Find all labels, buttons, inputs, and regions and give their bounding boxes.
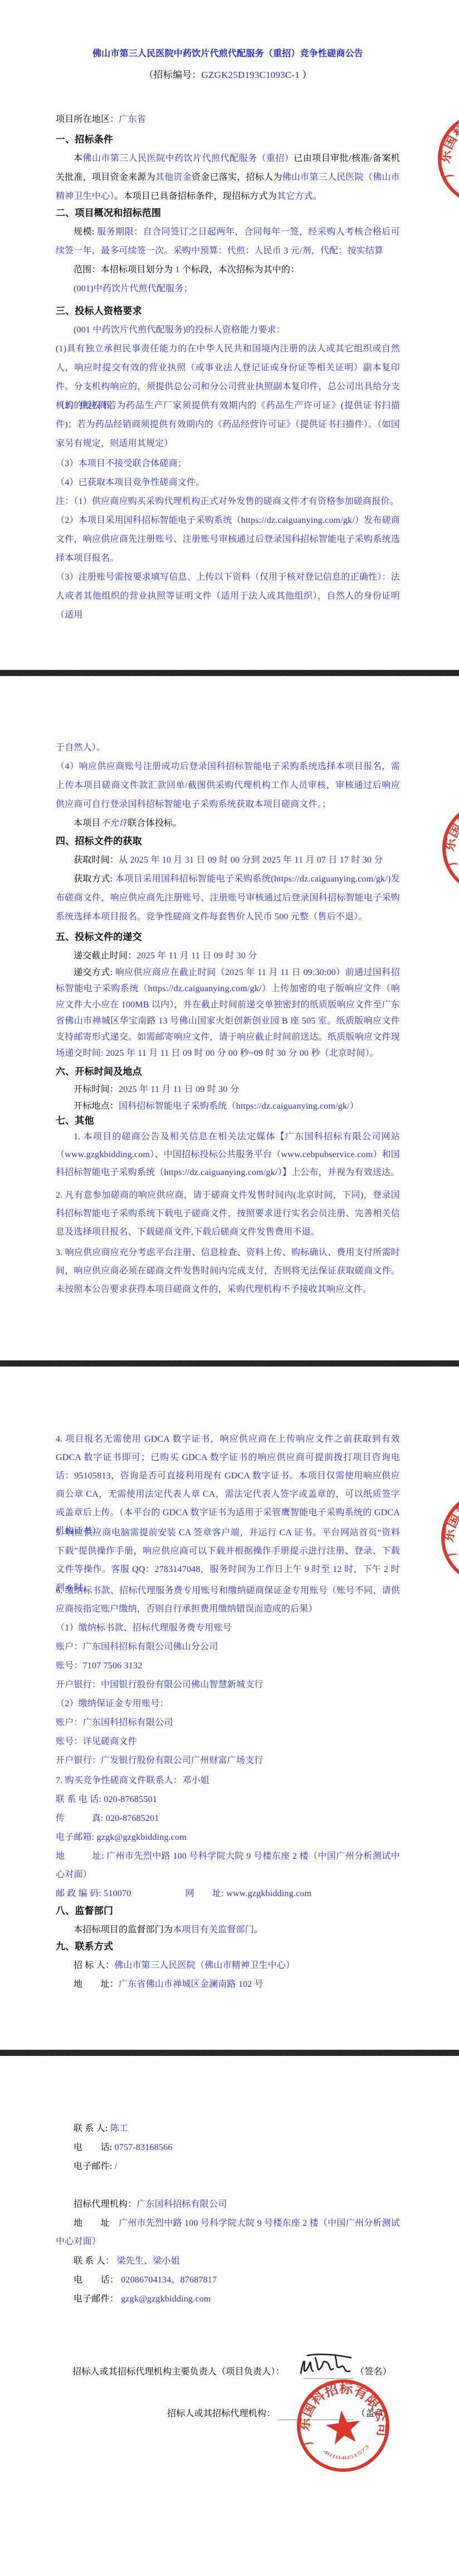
text-segment: (001 中药饮片代煎代配服务)的投标人资格能力要求： xyxy=(74,325,285,335)
text-segment: 广东省 xyxy=(119,115,146,124)
text-segment: 服务期限：自合同签订之日起两年，合同每年一签，经采购人考核合格后可续签一年，最多… xyxy=(56,227,400,256)
text-segment: 电子邮件: xyxy=(74,2162,115,2171)
announcement-document-page: 佛山市第三人民医院中药饮片代煎代配服务（重招）竞争性磋商公告（招标编号：GZGK… xyxy=(0,0,459,2576)
text-segment: 电子邮箱: gzgk@gzgkbidding.com xyxy=(56,1833,187,1842)
text-segment: 账户：广东国科招标有限公司佛山分公司 xyxy=(56,1642,218,1652)
text-segment: 1. 本项目的磋商公告及相关信息在相关法定媒体【广东国科招标有限公司网站（www… xyxy=(56,1132,400,1177)
text-segment: 二、项目概况和招标范围 xyxy=(56,208,161,218)
text-segment: 7. 购买竞争性磋商文件联系人：邓小姐 xyxy=(56,1776,209,1785)
svg-text:广东国科招标有限公司: 广东国科招标有限公司 xyxy=(433,110,459,180)
paragraph: 邮 政 编 码: 510070 网 址: www.gzgkbidding.com xyxy=(56,1884,400,1903)
signature-underline xyxy=(304,2378,354,2379)
paragraph: 范围：本招标项目划分为 1 个标段，本次招标为其中的： xyxy=(56,261,400,280)
page-break-bar xyxy=(0,1360,459,1367)
section-4-heading: 四、招标文件的获取 xyxy=(56,832,400,851)
text-segment: 联 系 人: xyxy=(74,2124,110,2133)
text-segment: 佛山市第三人民医院中药饮片代煎代配服务（重招） xyxy=(82,154,294,163)
paragraph: 账户：广东国科招标有限公司 xyxy=(56,1713,400,1732)
paragraph: 开标时间：2025 年 11 月 11 日 09 时 30 分 xyxy=(56,1080,400,1099)
signature-line-label: 招标人或其招标代理机构主要负责人（项目负责人）： xyxy=(72,2363,334,2382)
text-segment: 邮 政 编 码: 510070 xyxy=(56,1889,131,1898)
paragraph: 本佛山市第三人民医院中药饮片代煎代配服务（重招）已由项目审批/核准/备案机关批准… xyxy=(56,149,400,206)
text-segment: 注：（1）供应商应购买采购代理机构正式对外发售的磋商文件才有资格参加磋商报价。 xyxy=(56,497,399,506)
text-segment: 02086704134、87687817 xyxy=(121,2275,217,2285)
company-seal-stamp: 广东国科招标有限公司4401040515734 xyxy=(436,1486,459,1590)
paragraph: (001)中药饮片代煎代配服务； xyxy=(56,280,400,298)
text-segment: 传 真: 020-87685201 xyxy=(56,1814,159,1823)
text-segment: 个标段，本次招标为其中的： xyxy=(180,265,300,275)
paragraph: （2）缴纳保证金专用账号： xyxy=(56,1695,400,1713)
paragraph: 3. 响应供应商应充分考虑平台注册、信息检查、资料上传、购标确认、费用支付所需时… xyxy=(56,1243,400,1299)
company-seal-stamp: 广东国科招标有限公司4401040515734 xyxy=(431,106,459,211)
paragraph: 6. 缴纳标书款、招标代理服务费专用账号和缴纳磋商保证金专用账号（账号不同，请供… xyxy=(56,1581,400,1618)
section-9-heading: 九、联系方式 xyxy=(56,1937,400,1956)
text-segment: 递交截止时间： xyxy=(74,951,136,961)
paragraph: （4）已获取本项目竞争性磋商文件。 xyxy=(56,473,400,492)
section-6-heading: 六、开标时间及地点 xyxy=(56,1062,400,1081)
paragraph: 电 话： 02086704134、87687817 xyxy=(56,2271,400,2290)
text-segment: 联 系 电 话: 020-87685501 xyxy=(56,1795,157,1804)
text-segment: ） xyxy=(300,70,312,80)
page-break-bar xyxy=(0,2050,459,2056)
text-segment: 本招标项目的监督部门为 xyxy=(74,1925,173,1935)
page-break-bar xyxy=(0,670,459,676)
paragraph: 注：（1）供应商应购买采购代理机构正式对外发售的磋商文件才有资格参加磋商报价。 xyxy=(56,492,400,511)
text-segment: 项目所在地区： xyxy=(56,115,119,124)
text-segment: 广东省佛山市禅城区金澜南路 102 号 xyxy=(119,1980,263,1989)
paragraph: (001 中药饮片代煎代配服务)的投标人资格能力要求： xyxy=(56,321,400,340)
text-segment: （招标编号： xyxy=(144,70,201,80)
company-seal-stamp: 广东国科招标有限公司4401040515734 xyxy=(437,797,459,899)
signature-line-suffix: （签名） xyxy=(355,2363,422,2382)
text-segment: 。 xyxy=(313,192,322,201)
text-segment: （签名） xyxy=(355,2367,392,2377)
section-1-heading: 一、招标条件 xyxy=(56,130,400,149)
svg-text:4401040515734: 4401040515734 xyxy=(437,797,459,887)
paragraph: 账号：详见磋商文件 xyxy=(56,1732,400,1751)
svg-text:广东国科招标有限公司: 广东国科招标有限公司 xyxy=(439,800,459,868)
paragraph: 电子邮件： gzgk@gzgkbidding.com xyxy=(56,2290,400,2309)
doc-subtitle: （招标编号：GZGK25D193C1093C-1 ） xyxy=(56,66,400,85)
svg-text:广东国科招标有限公司: 广东国科招标有限公司 xyxy=(437,1490,459,1559)
text-segment: 账户：广东国科招标有限公司 xyxy=(56,1718,173,1727)
paragraph: 账号：7107 7506 3132 xyxy=(56,1657,400,1676)
paragraph: （2）供应商若为药品生产厂家须提供有效期内的《药品生产许可证》(提供证书扫描件)… xyxy=(56,396,400,453)
text-segment: 电子邮件： xyxy=(74,2294,121,2304)
text-segment: 陈工 xyxy=(110,2124,128,2133)
paragraph: 招 标 人：佛山市第三人民医院（佛山市精神卫生中心） xyxy=(56,1956,400,1975)
text-segment: 不允许 xyxy=(101,819,128,828)
paragraph: 获取时间：从 2025 年 10 月 31 日 09 时 00 分到 2025 … xyxy=(56,851,400,870)
text-segment: 3. 响应供应商应充分考虑平台注册、信息检查、资料上传、购标确认、费用支付所需时… xyxy=(56,1248,400,1294)
text-segment: 1 xyxy=(175,265,179,275)
text-segment: 其它方式 xyxy=(277,192,313,201)
text-segment: 开标时间： xyxy=(74,1085,119,1094)
section-3-heading: 三、投标人资格要求 xyxy=(56,302,400,321)
paragraph: 获取方式: 本项目采用国科招标智能电子采购系统(https://dz.caigu… xyxy=(56,870,400,927)
text-segment: 网 址: www.gzgkbidding.com xyxy=(185,1889,312,1898)
text-segment: 招 标 人： xyxy=(74,1961,114,1970)
text-segment: 本项目 xyxy=(74,819,101,828)
paragraph: 于自然人）。 xyxy=(56,738,400,757)
paragraph: （3）本项目不接受联合体磋商； xyxy=(56,454,400,473)
text-segment: 开户银行：中国银行股份有限公司佛山智慧新城支行 xyxy=(56,1680,263,1689)
paragraph: 开户银行：广发银行股份有限公司广州财富广场支行 xyxy=(56,1751,400,1770)
text-segment: （2）缴纳保证金专用账号： xyxy=(56,1699,169,1708)
seal-line-suffix: （盖章） xyxy=(357,2404,423,2423)
paragraph: 电 话: 0757-83168566 xyxy=(56,2138,400,2157)
text-segment: 地 址： xyxy=(74,1980,119,1989)
text-segment: （1）缴纳标书款、招标代理服务费专用账号 xyxy=(56,1623,232,1633)
text-segment: gzgk@gzgkbidding.com xyxy=(121,2294,211,2304)
text-segment: 九、联系方式 xyxy=(56,1941,113,1952)
text-segment: 佛山市第三人民医院中药饮片代煎代配服务（重招）竞争性磋商公告 xyxy=(92,49,363,58)
svg-text:4401040515734: 4401040515734 xyxy=(436,1486,459,1578)
text-segment: / xyxy=(115,2162,118,2171)
text-segment: 佛山市第三人民医院（佛山市精神卫生中心） xyxy=(114,1961,295,1970)
project-region: 项目所在地区：广东省 xyxy=(56,110,400,129)
text-segment: 账号：7107 7506 3132 xyxy=(56,1661,142,1671)
text-segment: 国科招标智能电子采购系统（https://dz.caiguanying.com/… xyxy=(119,1101,359,1111)
paragraph: 地 址 广州市先烈中路 100 号科学院大院 9 号楼东座 2 楼（中国广州分析… xyxy=(56,2214,400,2251)
text-segment: 电 话: xyxy=(74,2143,115,2152)
text-segment: （2）本项目采用国科招标智能电子采购系统（https://dz.caiguany… xyxy=(56,516,400,563)
paragraph: 电子邮件: / xyxy=(56,2157,400,2176)
paragraph: 本项目不允许联合体投标。 xyxy=(56,814,400,833)
text-segment: 本 xyxy=(74,154,82,163)
text-segment: 6. 缴纳标书款、招标代理服务费专用账号和缴纳磋商保证金专用账号（账号不同，请供… xyxy=(56,1586,400,1614)
text-segment: 递交方式: xyxy=(74,968,115,977)
paragraph: 地 址：广东省佛山市禅城区金澜南路 102 号 xyxy=(56,1975,400,1994)
paragraph: 联 系 电 话: 020-87685501 xyxy=(56,1790,400,1809)
section-2-heading: 二、项目概况和招标范围 xyxy=(56,204,400,223)
text-segment: 响应供应商应在截止时间（2025 年 11 月 11 日 09:30:00）前通… xyxy=(56,968,400,1058)
signature-underline xyxy=(277,2420,353,2420)
doc-title: 佛山市第三人民医院中药饮片代煎代配服务（重招）竞争性磋商公告 xyxy=(56,45,400,63)
text-segment: 三、投标人资格要求 xyxy=(56,306,142,316)
text-segment: 联 系 人： xyxy=(74,2256,116,2266)
section-5-heading: 五、投标文件的递交 xyxy=(56,928,400,947)
text-segment: （盖章） xyxy=(357,2409,393,2418)
text-segment: 账号：详见磋商文件 xyxy=(56,1737,137,1746)
paragraph: 递交方式: 响应供应商应在截止时间（2025 年 11 月 11 日 09:30… xyxy=(56,964,400,1061)
company-seal-stamp: 广东国科招标有限公司4401040515734 xyxy=(290,2372,397,2479)
text-segment: 。本项目已具备招标条件，现招标方式为 xyxy=(114,192,277,201)
text-segment: 。 xyxy=(254,1925,263,1935)
paragraph: 电子邮箱: gzgk@gzgkbidding.com xyxy=(56,1828,400,1847)
text-segment: 开户银行：广发银行股份有限公司广州财富广场支行 xyxy=(56,1756,263,1765)
text-segment: 联合体投标。 xyxy=(128,819,182,828)
text-segment: 获取方式: xyxy=(74,874,115,884)
text-segment: （4）响应供应商账号注册成功后登录国科招标智能电子采购系统选择本项目报名，需上传… xyxy=(56,762,400,809)
paragraph: 联 系 人： 梁先生、梁小姐 xyxy=(56,2252,400,2271)
paragraph: 开户银行：中国银行股份有限公司佛山智慧新城支行 xyxy=(56,1676,400,1695)
text-segment: 梁先生、梁小姐 xyxy=(116,2256,179,2266)
text-segment: （3）注册账号需按要求填写信息、上传以下资料（仅用于核对登记信息的正确性）：法人… xyxy=(56,572,400,620)
text-segment: 获取时间： xyxy=(74,855,119,865)
seal-graphic: 广东国科招标有限公司4401040515734 xyxy=(436,1486,459,1590)
text-segment: 招标人或其招标代理机构： xyxy=(167,2409,275,2418)
text-segment: 招标代理机构： xyxy=(74,2200,136,2209)
text-segment: 六、开标时间及地点 xyxy=(56,1066,142,1077)
paragraph: 2. 凡有意参加磋商的响应供应商，请于磋商文件发售时间内(北京时间，下同)，登录… xyxy=(56,1186,400,1241)
paragraph: （2）本项目采用国科招标智能电子采购系统（https://dz.caiguany… xyxy=(56,511,400,568)
text-segment: 本项目有关监督部门 xyxy=(173,1925,254,1935)
text-segment: 四、招标文件的获取 xyxy=(56,836,142,846)
text-segment: （4）已获取本项目竞争性磋商文件。 xyxy=(56,478,204,487)
paragraph: 联 系 人: 陈工 xyxy=(56,2119,400,2138)
seal-graphic: 广东国科招标有限公司4401040515734 xyxy=(290,2372,397,2479)
paragraph: （3）注册账号需按要求填写信息、上传以下资料（仅用于核对登记信息的正确性）：法人… xyxy=(56,568,400,625)
text-segment: 电 话： xyxy=(74,2275,121,2285)
text-segment: 开标地点： xyxy=(74,1101,119,1111)
paragraph: 本招标项目的监督部门为本项目有关监督部门。 xyxy=(56,1921,400,1940)
text-segment: GZGK25D193C1093C-1 xyxy=(202,70,300,80)
text-segment: (001)中药饮片代煎代配服务； xyxy=(74,284,193,293)
text-segment: 一、招标条件 xyxy=(56,134,113,145)
text-segment: 其他资金 xyxy=(155,173,192,182)
paragraph: 地 址: 广州市先烈中路 100 号科学院大院 9 号楼东座 2 楼（中国广州分… xyxy=(56,1847,400,1884)
text-segment xyxy=(131,1889,185,1898)
svg-text:4401040515734: 4401040515734 xyxy=(431,106,459,199)
text-segment: 地 址 xyxy=(74,2219,119,2228)
text-segment: 七、其他 xyxy=(56,1115,94,1126)
paragraph: 规模: 服务期限：自合同签订之日起两年，合同每年一签，经采购人考核合格后可续签一… xyxy=(56,223,400,261)
text-segment: 八、监督部门 xyxy=(56,1906,113,1916)
paragraph: 账户：广东国科招标有限公司佛山分公司 xyxy=(56,1638,400,1657)
paragraph: （1）缴纳标书款、招标代理服务费专用账号 xyxy=(56,1619,400,1638)
section-8-heading: 八、监督部门 xyxy=(56,1902,400,1921)
text-segment: 从 2025 年 10 月 31 日 09 时 00 分到 2025 年 11 … xyxy=(119,855,383,865)
section-7-heading: 七、其他 xyxy=(56,1111,400,1130)
seal-line-label: 招标人或其招标代理机构： xyxy=(167,2404,312,2423)
text-segment: 2025 年 11 月 11 日 09 时 30 分 xyxy=(136,951,257,961)
text-segment: 五、投标文件的递交 xyxy=(56,932,142,942)
text-segment: 于自然人）。 xyxy=(56,743,105,752)
paragraph: 招标代理机构：广东国科招标有限公司 xyxy=(56,2195,400,2214)
text-segment: （2）供应商若为药品生产厂家须提供有效期内的《药品生产许可证》(提供证书扫描件)… xyxy=(56,401,400,448)
text-segment: 招标人或其招标代理机构主要负责人（项目负责人）： xyxy=(72,2367,285,2377)
text-segment: 地 址: 广州市先烈中路 100 号科学院大院 9 号楼东座 2 楼（中国广州分… xyxy=(56,1852,400,1879)
text-segment: 0757-83168566 xyxy=(115,2143,173,2152)
text-segment: 4. 项目报名无需使用 GDCA 数字证书，响应供应商在上传响应文件之前获取到有… xyxy=(56,1434,400,1536)
text-segment: 广东国科招标有限公司 xyxy=(136,2200,227,2209)
paragraph: 传 真: 020-87685201 xyxy=(56,1809,400,1828)
text-segment: 2. 凡有意参加磋商的响应供应商，请于磋商文件发售时间内(北京时间，下同)，登录… xyxy=(56,1191,400,1237)
paragraph: 递交截止时间：2025 年 11 月 11 日 09 时 30 分 xyxy=(56,947,400,966)
paragraph: 1. 本项目的磋商公告及相关信息在相关法定媒体【广东国科招标有限公司网站（www… xyxy=(56,1128,400,1182)
paragraph: （4）响应供应商账号注册成功后登录国科招标智能电子采购系统选择本项目报名，需上传… xyxy=(56,757,400,814)
text-segment: 范围：本招标项目划分为 xyxy=(74,265,175,275)
text-segment: 规模: xyxy=(74,227,97,237)
seal-graphic: 广东国科招标有限公司4401040515734 xyxy=(431,106,459,211)
paragraph: 7. 购买竞争性磋商文件联系人：邓小姐 xyxy=(56,1771,400,1790)
seal-graphic: 广东国科招标有限公司4401040515734 xyxy=(437,797,459,899)
text-segment: 2025 年 11 月 11 日 09 时 30 分 xyxy=(119,1085,239,1094)
text-segment: 资金已落实，招标人为 xyxy=(192,173,282,182)
text-segment: （3）本项目不接受联合体磋商； xyxy=(56,459,187,468)
